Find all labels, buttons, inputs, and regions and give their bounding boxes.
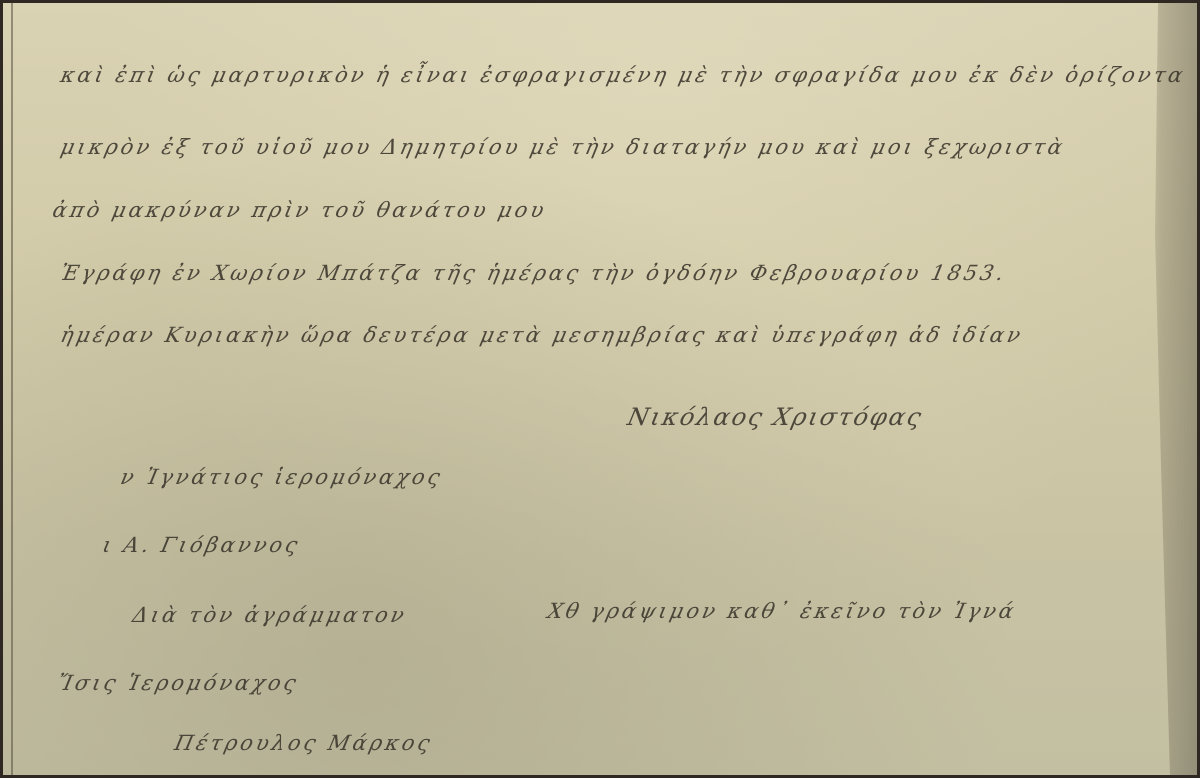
witness-5: Πέτρουλος Μάρκος [172,731,435,755]
paper-left-edge [11,3,13,775]
witness-2: ι Α. Γιόβαννος [100,533,302,557]
witness-4: Ἴσις Ἱερομόναχος [55,671,301,695]
witness-1: ν Ἰγνάτιος ἱερομόναχος [118,465,445,489]
body-line-2: μικρὸν ἐξ τοῦ υἱοῦ μου Δημητρίου μὲ τὴν … [58,135,1067,159]
right-note: Χθ γράψιμον καθ᾿ ἐκεῖνο τὸν Ἰγνά [545,599,1018,623]
document-photograph: καὶ ἐπὶ ὡς μαρτυρικὸν ἡ εἶναι ἐσφραγισμέ… [3,3,1197,775]
body-line-3: ἀπὸ μακρύναν πρὶν τοῦ θανάτου μου [50,198,549,222]
body-line-1: καὶ ἐπὶ ὡς μαρτυρικὸν ἡ εἶναι ἐσφραγισμέ… [58,63,1188,87]
date-line: Ἐγράφη ἐν Χωρίον Μπάτζα τῆς ἡμέρας τὴν ὀ… [58,261,1008,285]
witness-3: Διὰ τὸν ἀγράμματον [130,603,409,627]
paper-fold-shadow [1137,3,1197,775]
time-line: ἡμέραν Κυριακὴν ὥρα δευτέρα μετὰ μεσημβρ… [58,323,1025,347]
signature: Νικόλαος Χριστόφας [625,403,926,431]
